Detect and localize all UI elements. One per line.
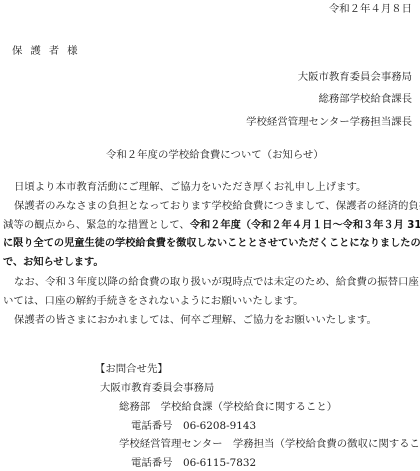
sender-center: 学校経営管理センター学務担当課長 bbox=[246, 115, 412, 129]
paragraph-main-line1: 保護者のみなさまの負担となっております学校給食費につきまして、保護者の経済的負担… bbox=[14, 199, 420, 213]
waiver-statement: に限り全ての児童生徒の学校給食費を徴収しないこととさせていただくことになりました… bbox=[3, 237, 420, 251]
document-date: 令和２年４月８日 bbox=[329, 2, 412, 16]
paragraph-main-line2: 減等の観点から、緊急的な措置として、令和２年度（令和２年４月１日～令和３年３月 … bbox=[3, 218, 420, 233]
contact-dept-collection: 学校経営管理センター 学務担当（学校給食費の徴収に関すること） bbox=[119, 437, 420, 451]
addressee: 保護者様 bbox=[12, 44, 86, 58]
paragraph-closing: 保護者の皆さまにおかれましては、何卒ご理解、ご協力をお願いいたします。 bbox=[14, 313, 377, 327]
paragraph-account-line2: いては、口座の解約手続きをされないようにお願いいたします。 bbox=[3, 294, 304, 308]
contact-org: 大阪市教育委員会事務局 bbox=[100, 381, 214, 395]
waiver-statement-end: で、お知らせします。 bbox=[3, 256, 104, 270]
waiver-period: 令和２年度（令和２年４月１日～令和３年３月 31 日） bbox=[190, 220, 420, 231]
paragraph-account-line1: なお、令和３年度以降の給食費の取り扱いが現時点では未定のため、給食費の振替口座に… bbox=[14, 275, 420, 289]
paragraph-main-line2-text: 減等の観点から、緊急的な措置として、 bbox=[3, 219, 190, 231]
contact-heading: 【お問合せ先】 bbox=[95, 362, 168, 376]
sender-org: 大阪市教育委員会事務局 bbox=[298, 70, 412, 84]
contact-phone-collection: 電話番号 06-6115-7832 bbox=[131, 456, 256, 470]
contact-phone-lunch: 電話番号 06-6208-9143 bbox=[131, 419, 256, 433]
document-title: 令和２年度の学校給食費について（お知らせ） bbox=[106, 148, 324, 162]
paragraph-greeting: 日頃より本市教育活動にご理解、ご協力をいただき厚くお礼申し上げます。 bbox=[14, 180, 366, 194]
contact-dept-lunch: 総務部 学校給食課（学校給食に関すること） bbox=[119, 400, 337, 414]
sender-dept: 総務部学校給食課長 bbox=[318, 92, 412, 106]
